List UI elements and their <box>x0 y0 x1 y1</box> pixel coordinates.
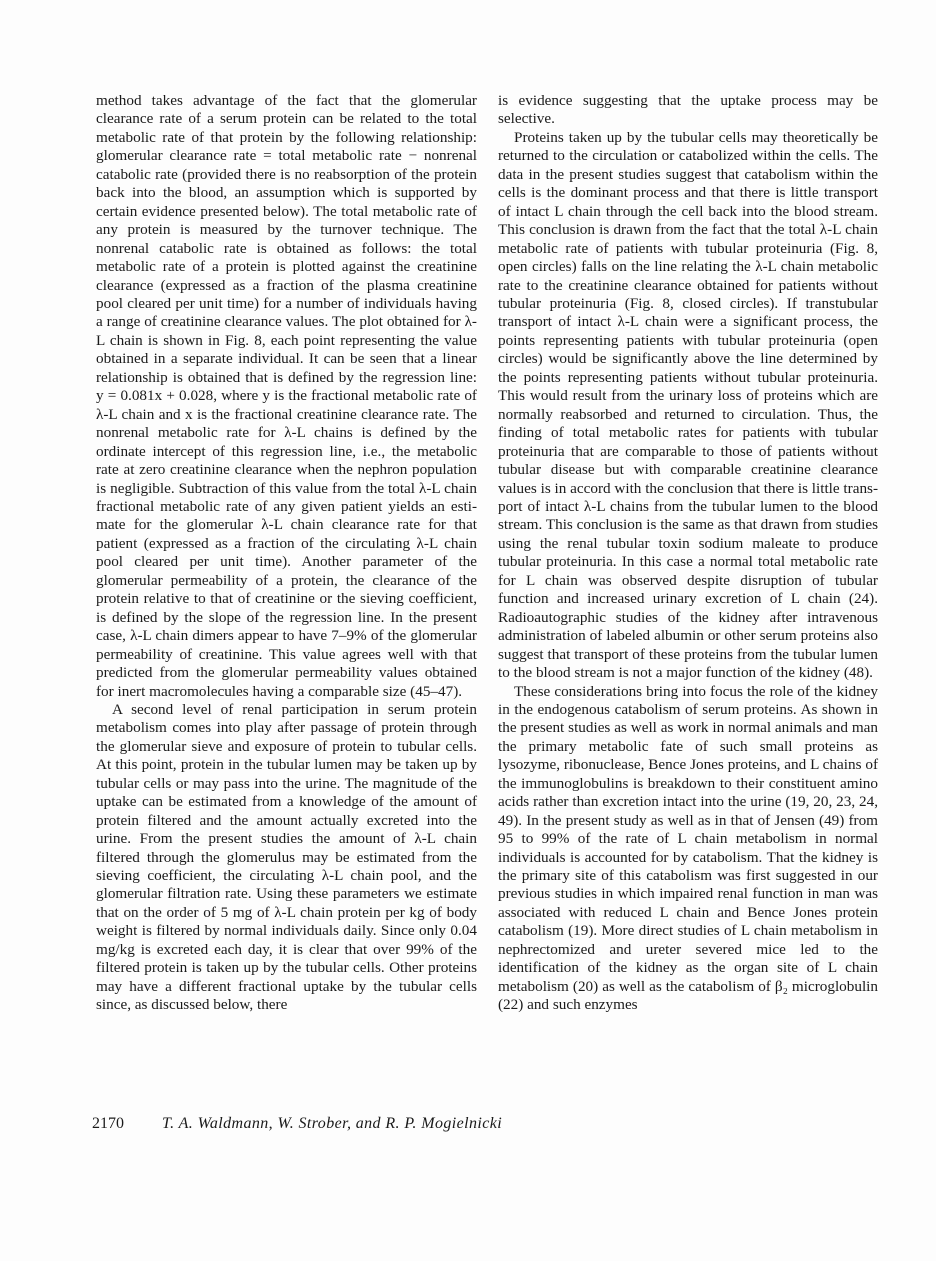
paragraph: A second level of renal participation in… <box>96 701 477 1015</box>
paragraph: Proteins taken up by the tubular cells m… <box>498 129 878 683</box>
paragraph: is evidence suggesting that the uptake p… <box>498 92 878 129</box>
right-text-column: is evidence suggesting that the uptake p… <box>498 92 878 1015</box>
paragraph: method takes advantage of the fact that … <box>96 92 477 701</box>
paragraph: These considerations bring into focus th… <box>498 683 878 1015</box>
running-authors: T. A. Waldmann, W. Strober, and R. P. Mo… <box>162 1115 502 1132</box>
document-page: method takes advantage of the fact that … <box>0 0 936 1261</box>
left-text-column: method takes advantage of the fact that … <box>96 92 477 1015</box>
page-number: 2170 <box>92 1115 158 1133</box>
page-footer: 2170 T. A. Waldmann, W. Strober, and R. … <box>92 1115 502 1133</box>
